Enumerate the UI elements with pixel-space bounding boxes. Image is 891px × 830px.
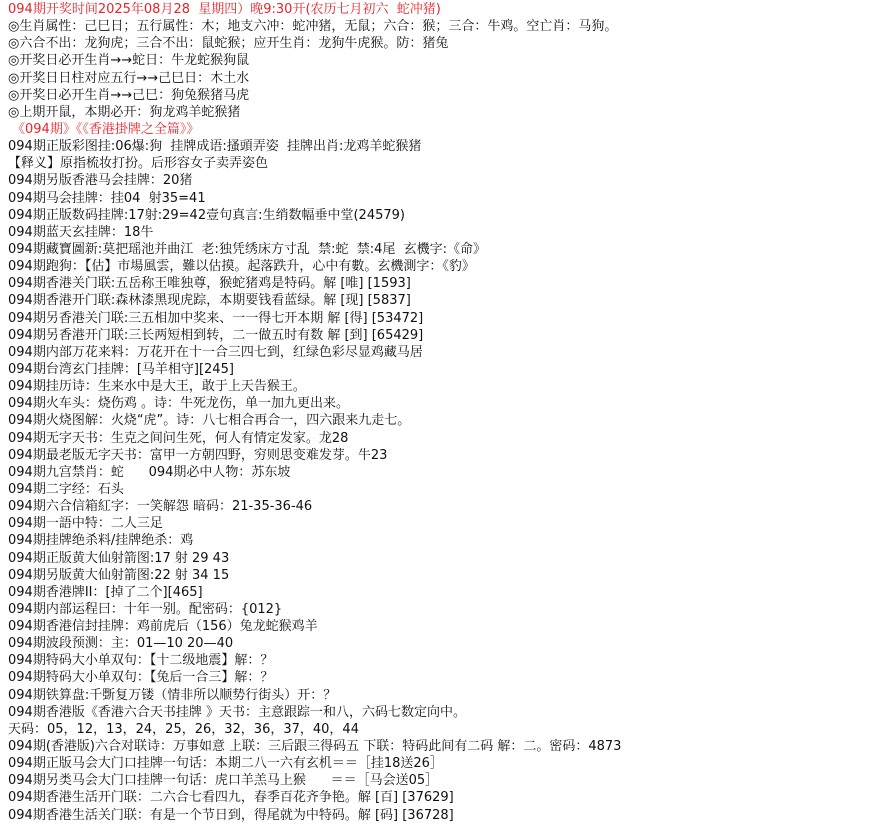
entry-line: 094期挂历诗：生来水中是大王，敢于上天告猴王。 bbox=[8, 378, 888, 395]
entry-line: 094期香港开门联:森林漆黑现虎踪，本期要钱看蓝绿。解 [现] [5837] bbox=[8, 292, 888, 309]
entry-line: 094期波段预测：主：01—10 20—40 bbox=[8, 635, 888, 652]
entry-line: 094期跑狗：【估】市場風雲，難以估摸。起落跌升，心中有數。玄機測字：《豹》 bbox=[8, 258, 888, 275]
entry-line: 094期最老版无字天书：富甲一方朝四野，穷则思变难发芽。牛23 bbox=[8, 447, 888, 464]
entry-line: 094期挂牌绝杀料/挂牌绝杀：鸡 bbox=[8, 532, 888, 549]
entry-line: 094期另香港开门联:三长两短相到转，二一做五时有数 解 [到] [65429] bbox=[8, 327, 888, 344]
entry-line: 094期另类马会大门口挂牌一句话：虎口羊羔马上猴 ＝＝［马会送05］ bbox=[8, 772, 888, 789]
entry-line: 094期另版香港马会挂牌：20猪 bbox=[8, 172, 888, 189]
entry-line: 094期正版马会大门口挂牌一句话：本期二八一六有玄机＝＝［挂18送26］ bbox=[8, 755, 888, 772]
entry-line: 094期另版黄大仙射箭图:22 射 34 15 bbox=[8, 567, 888, 584]
entry-line: 094期内部运程曰：十年一别。配密码：{012} bbox=[8, 601, 888, 618]
lottery-document: 094期开奖时间2025年08月28 星期四）晚9:30开(农历七月初六 蛇冲猪… bbox=[8, 1, 888, 824]
entry-line: 094期(香港版)六合对联诗：万事如意 上联：三后跟三得码五 下联：特码此间有二… bbox=[8, 738, 888, 755]
entry-line: 094期正版数码挂牌:17射:29=42壹句真言:生绡数幅垂中堂(24579) bbox=[8, 207, 888, 224]
entry-line: 094期香港牌II：[掉了二个][465] bbox=[8, 584, 888, 601]
entry-line: 094期内部万花来料：万花开在十一合三四七到，红绿色彩尽显鸡藏马居 bbox=[8, 344, 888, 361]
entry-line: 094期藏寶圖新:莫把瑶池并曲江 老:独凭绣床方寸乱 禁:蛇 禁:4尾 玄機字:… bbox=[8, 241, 888, 258]
entry-line: 094期香港版《香港六合天书挂牌 》天书：主意跟踪一和八，六码七数定向中。 bbox=[8, 704, 888, 721]
entry-line: 094期火车头：烧伤鸡 。诗：牛死龙伤，单一加九更出来。 bbox=[8, 395, 888, 412]
entry-line: 【释义】原指梳妆打扮。后形容女子卖弄姿色 bbox=[8, 155, 888, 172]
entry-line: 094期另香港关门联:三五相加中奖来、一一得七开本期 解 [得] [53472] bbox=[8, 310, 888, 327]
attribute-line: ◎六合不出：龙狗虎；三合不出：鼠蛇猴；应开生肖：龙狗牛虎猴。防：猪兔 bbox=[8, 35, 888, 52]
section-title: 《094期》《《香港掛牌之全篇》》 bbox=[8, 121, 888, 138]
entry-line: 094期九宫禁肖：蛇 094期必中人物：苏东坡 bbox=[8, 464, 888, 481]
entry-line: 094期香港信封挂牌：鸡前虎后（156）兔龙蛇猴鸡羊 bbox=[8, 618, 888, 635]
entry-line: 094期无字天书：生克之间问生死，何人有情定发家。龙28 bbox=[8, 430, 888, 447]
entry-line: 094期台湾玄门挂牌：[马羊相守][245] bbox=[8, 361, 888, 378]
attribute-line: ◎生肖属性：己巳日；五行属性：木；地支六冲：蛇冲猪，无鼠；六合：猴；三合：牛鸡。… bbox=[8, 18, 888, 35]
draw-time-header: 094期开奖时间2025年08月28 星期四）晚9:30开(农历七月初六 蛇冲猪… bbox=[8, 1, 888, 18]
entry-line: 094期特码大小单双句：【兔后一合三】解：？ bbox=[8, 669, 888, 686]
attribute-line: ◎开奖日必开生肖→→蛇日：牛龙蛇猴狗鼠 bbox=[8, 52, 888, 69]
entry-line: 094期二字经：石头 bbox=[8, 481, 888, 498]
entry-line: 094期蓝天玄挂牌：18牛 bbox=[8, 224, 888, 241]
entry-line: 094期特码大小单双句：【十二级地震】解：？ bbox=[8, 652, 888, 669]
entry-line: 094期香港关门联:五岳称王唯独尊，猴蛇猪鸡是特码。解 [唯] [1593] bbox=[8, 275, 888, 292]
attribute-line: ◎开奖日日柱对应五行→→己巳日：木土水 bbox=[8, 70, 888, 87]
entry-line: 094期六合信箱紅字：一笑解怨 暗码：21-35-36-46 bbox=[8, 498, 888, 515]
attribute-line: ◎上期开鼠，本期必开：狗龙鸡羊蛇猴猪 bbox=[8, 104, 888, 121]
entry-line: 094期香港生活关门联：有是一个节日到，得尾就为中特码。解 [码] [36728… bbox=[8, 807, 888, 824]
attribute-line: ◎开奖日必开生肖→→己巳：狗兔猴猪马虎 bbox=[8, 87, 888, 104]
entry-line: 094期正版黄大仙射箭图:17 射 29 43 bbox=[8, 550, 888, 567]
entry-line: 094期香港生活开门联：二六合七看四九，春季百花齐争艳。解 [百] [37629… bbox=[8, 789, 888, 806]
entry-line: 094期火烧图解：火烧“虎”。诗：八七相合再合一，四六跟来九走七。 bbox=[8, 412, 888, 429]
entry-line: 094期正版彩图挂:06爆:狗 挂牌成语:搔頭弄姿 挂牌出肖:龙鸡羊蛇猴猪 bbox=[8, 138, 888, 155]
entry-line: 天码：05，12，13，24，25，26，32，36，37，40，44 bbox=[8, 721, 888, 738]
entry-line: 094期铁算盘:千斲复万镂（情非所以顺势行街头）开：？ bbox=[8, 687, 888, 704]
entry-line: 094期一語中特：二人三足 bbox=[8, 515, 888, 532]
entry-line: 094期马会挂牌：挂04 射35=41 bbox=[8, 190, 888, 207]
